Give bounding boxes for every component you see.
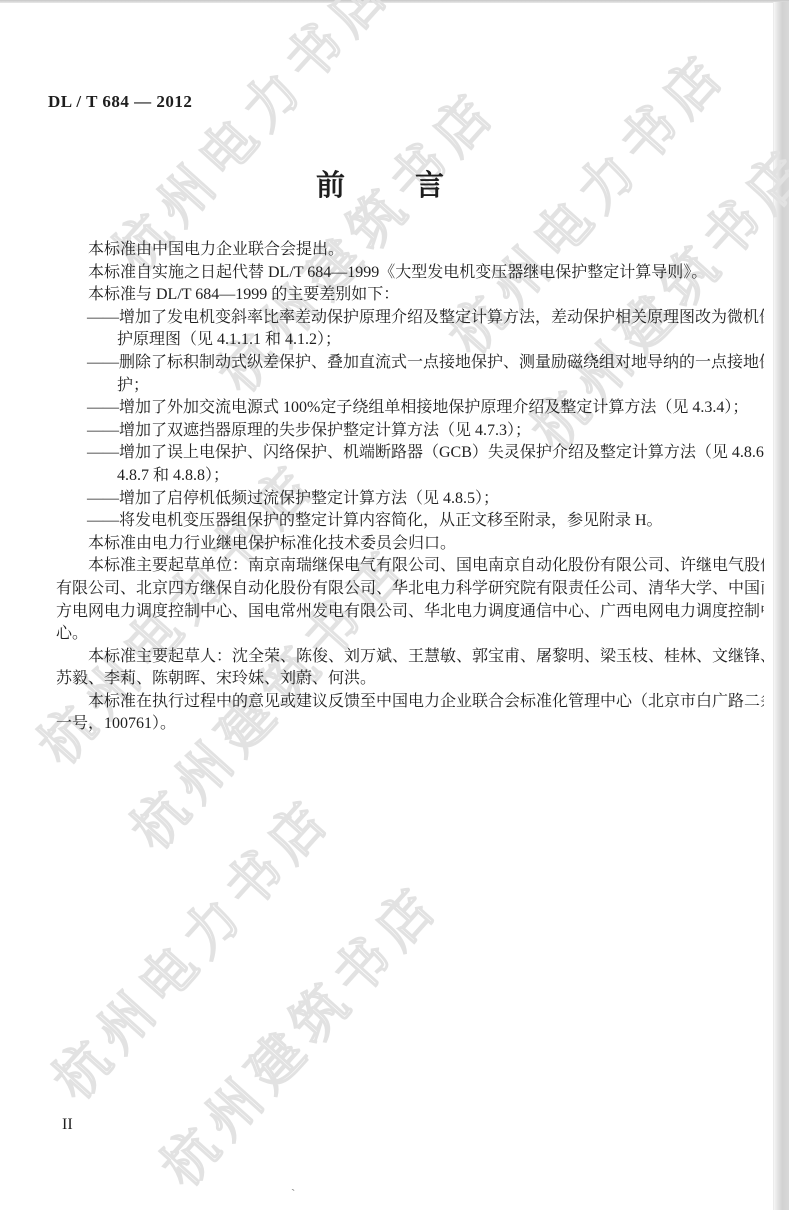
body-line: 本标准由中国电力企业联合会提出。 — [56, 239, 764, 262]
body-line: 心。 — [56, 623, 764, 646]
body-line: 本标准与 DL/T 684—1999 的主要差别如下： — [56, 284, 764, 307]
body-line: ——增加了发电机变斜率比率差动保护原理介绍及整定计算方法，差动保护相关原理图改为… — [56, 307, 764, 330]
body-line: 4.8.7 和 4.8.8）； — [56, 465, 764, 488]
body-line: 本标准在执行过程中的意见或建议反馈至中国电力企业联合会标准化管理中心（北京市白广… — [56, 691, 764, 714]
body-line: 一号，100761）。 — [56, 713, 764, 736]
page-number: II — [62, 1116, 73, 1134]
body-line: 本标准由电力行业继电保护标准化技术委员会归口。 — [56, 533, 764, 556]
body-line: 本标准自实施之日起代替 DL/T 684—1999《大型发电机变压器继电保护整定… — [56, 262, 764, 285]
scan-artifact-mark: ` — [291, 1186, 295, 1202]
body-line: ——增加了双遮挡器原理的失步保护整定计算方法（见 4.7.3）； — [56, 420, 764, 443]
body-line: ——将发电机变压器组保护的整定计算内容简化，从正文移至附录，参见附录 H。 — [56, 510, 764, 533]
page-title: 前 言 — [0, 163, 764, 204]
body-line: ——增加了误上电保护、闪络保护、机端断路器（GCB）失灵保护介绍及整定计算方法（… — [56, 442, 764, 465]
body-line: 护； — [56, 375, 764, 398]
body-line: 苏毅、李莉、陈朝晖、宋玲妹、刘蔚、何洪。 — [56, 668, 764, 691]
body-line: 本标准主要起草单位：南京南瑞继保电气有限公司、国电南京自动化股份有限公司、许继电… — [56, 555, 764, 578]
body-line: ——删除了标积制动式纵差保护、叠加直流式一点接地保护、测量励磁绕组对地导纳的一点… — [56, 352, 764, 375]
page-content: DL / T 684 — 2012 前 言 本标准由中国电力企业联合会提出。本标… — [0, 0, 789, 1210]
body-line: ——增加了启停机低频过流保护整定计算方法（见 4.8.5）； — [56, 488, 764, 511]
document-page: 杭州电力书店杭州建筑书店杭州电力书店杭州建筑书店杭州电力书店杭州建筑书店杭州电力… — [0, 0, 789, 1210]
body-line: 有限公司、北京四方继保自动化股份有限公司、华北电力科学研究院有限责任公司、清华大… — [56, 578, 764, 601]
body-line: 护原理图（见 4.1.1.1 和 4.1.2）； — [56, 329, 764, 352]
body-text: 本标准由中国电力企业联合会提出。本标准自实施之日起代替 DL/T 684—199… — [56, 239, 764, 736]
body-line: 本标准主要起草人：沈全荣、陈俊、刘万斌、王慧敏、郭宝甫、屠黎明、梁玉枝、桂林、文… — [56, 646, 764, 669]
body-line: ——增加了外加交流电源式 100%定子绕组单相接地保护原理介绍及整定计算方法（见… — [56, 397, 764, 420]
document-number-header: DL / T 684 — 2012 — [48, 92, 192, 112]
body-line: 方电网电力调度控制中心、国电常州发电有限公司、华北电力调度通信中心、广西电网电力… — [56, 601, 764, 624]
